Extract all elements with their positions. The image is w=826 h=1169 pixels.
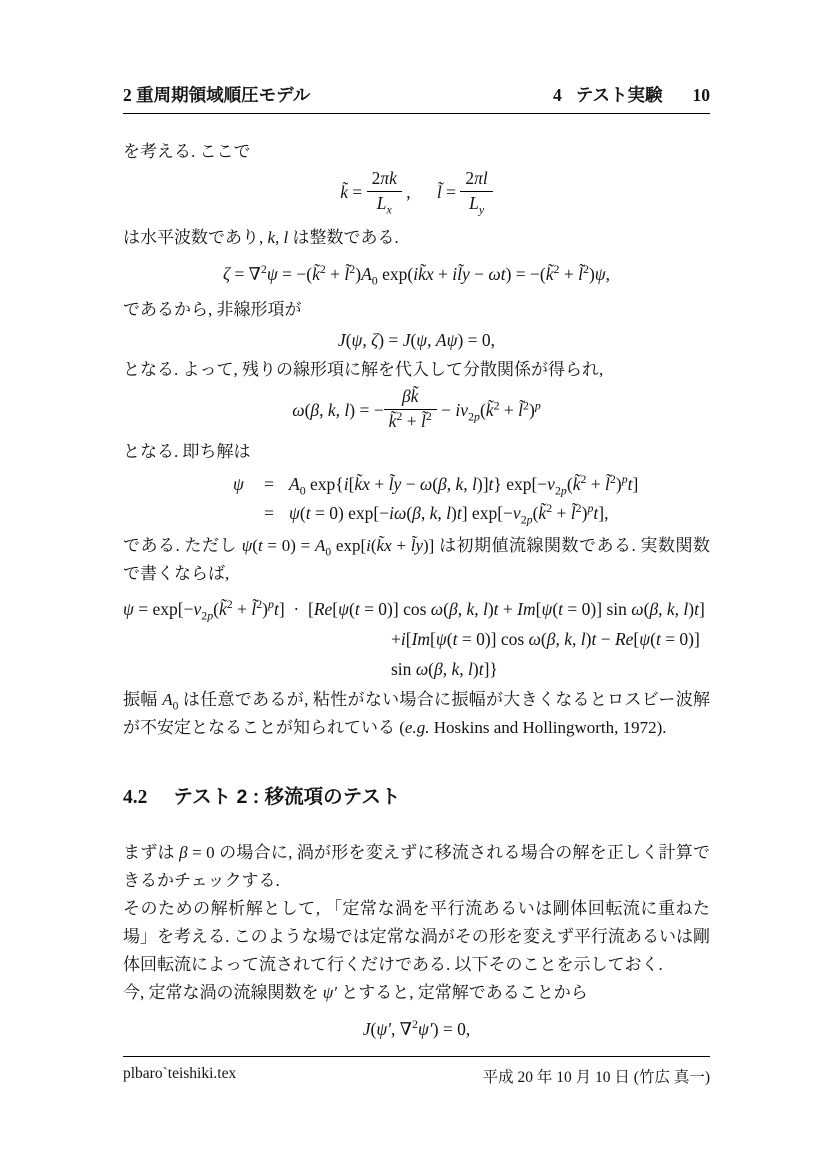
equation-solution-row1: ψ = A0 exp{i[k̃x + l̃y − ω(β, k, l)]t} e… [233,470,710,499]
equation-solution-lhs-spacer [233,499,249,528]
paragraph-amplitude-note: 振幅 A0 は任意であるが, 粘性がない場合に振幅が大きくなるとロスビー波解が不… [123,686,710,742]
header-section-and-page: 4 テスト実験 10 [553,82,710,107]
section-heading: 4.2テスト 2 : 移流項のテスト [123,784,710,811]
section-title: テスト 2 : 移流項のテスト [173,786,400,808]
header-section-title: テスト実験 [576,82,663,107]
header-row: 2 重周期領域順圧モデル 4 テスト実験 10 [123,82,710,114]
equals-sign: = [249,499,289,528]
paragraph-initial-condition: である. ただし ψ(t = 0) = A0 exp[i(k̃x + l̃y)]… [123,532,710,588]
equation-wavenumbers: k̃ = 2πkLx , l̃ = 2πlLy [123,172,710,216]
paragraph-wavenumber-note: は水平波数であり, k, l は整数である. [123,224,710,252]
paragraph-nonlinear-intro: であるから, 非線形項が [123,296,710,324]
equation-real-form: ψ = exp[−ν2p(k̃2 + l̃2)pt] · [Re[ψ(t = 0… [123,594,710,684]
equation-real-form-line2: +i[Im[ψ(t = 0)] cos ω(β, k, l)t − Re[ψ(t… [391,624,710,684]
footer-row: plbaro`teishiki.tex 平成 20 年 10 月 10 日 (竹… [123,1065,710,1087]
paragraph-steady-vortex: 今, 定常な渦の流線関数を ψ′ とすると, 定常解であることから [123,979,710,1007]
header-document-title: 2 重周期領域順圧モデル [123,82,310,107]
equation-solution-line1: A0 exp{i[k̃x + l̃y − ω(β, k, l)]t} exp[−… [289,470,638,499]
footer-date: 平成 20 年 10 月 10 日 (竹広 真一) [483,1065,710,1087]
page-footer: plbaro`teishiki.tex 平成 20 年 10 月 10 日 (竹… [123,1056,710,1087]
equation-solution-row2: = ψ(t = 0) exp[−iω(β, k, l)t] exp[−ν2p(k… [233,499,710,528]
equation-solution-lhs: ψ [233,470,249,499]
page-header: 2 重周期領域順圧モデル 4 テスト実験 10 [123,82,710,114]
equation-solution: ψ = A0 exp{i[k̃x + l̃y − ω(β, k, l)]t} e… [233,470,710,528]
document-page: 2 重周期領域順圧モデル 4 テスト実験 10 を考える. ここで k̃ = 2… [0,0,826,1169]
paragraph-analytic-solution: そのための解析解として, 「定常な渦を平行流あるいは剛体回転流に重ねた場」を考え… [123,895,710,979]
equation-jacobian-zero: J(ψ, ζ) = J(ψ, Aψ) = 0, [123,326,710,354]
document-body: を考える. ここで k̃ = 2πkLx , l̃ = 2πlLy は水平波数で… [123,138,710,1043]
equation-dispersion-relation: ω(β, k, l) = −βk̃k̃2 + l̃2 − iν2p(k̃2 + … [123,390,710,434]
equation-real-form-line1: ψ = exp[−ν2p(k̃2 + l̃2)pt] · [Re[ψ(t = 0… [123,594,710,624]
equation-steady-jacobian: J(ψ′, ∇2ψ′) = 0, [123,1015,710,1043]
equation-solution-line2: ψ(t = 0) exp[−iω(β, k, l)t] exp[−ν2p(k̃2… [289,499,608,528]
header-title-text: 重周期領域順圧モデル [136,85,310,105]
paragraph-test2-intro: まずは β = 0 の場合に, 渦が形を変えずに移流される場合の解を正しく計算で… [123,839,710,895]
footer-filename: plbaro`teishiki.tex [123,1065,236,1087]
paragraph-intro: を考える. ここで [123,138,710,166]
section-number: 4.2 [123,787,147,808]
equation-vorticity: ζ = ∇2ψ = −(k̃2 + l̃2)A0 exp(ik̃x + il̃y… [123,260,710,288]
paragraph-solution-intro: となる. 即ち解は [123,438,710,466]
page-number: 10 [693,85,711,106]
paragraph-dispersion-intro: となる. よって, 残りの線形項に解を代入して分散関係が得られ, [123,356,710,384]
equals-sign: = [249,470,289,499]
header-title-number: 2 [123,85,132,105]
header-section-number: 4 [553,85,562,106]
